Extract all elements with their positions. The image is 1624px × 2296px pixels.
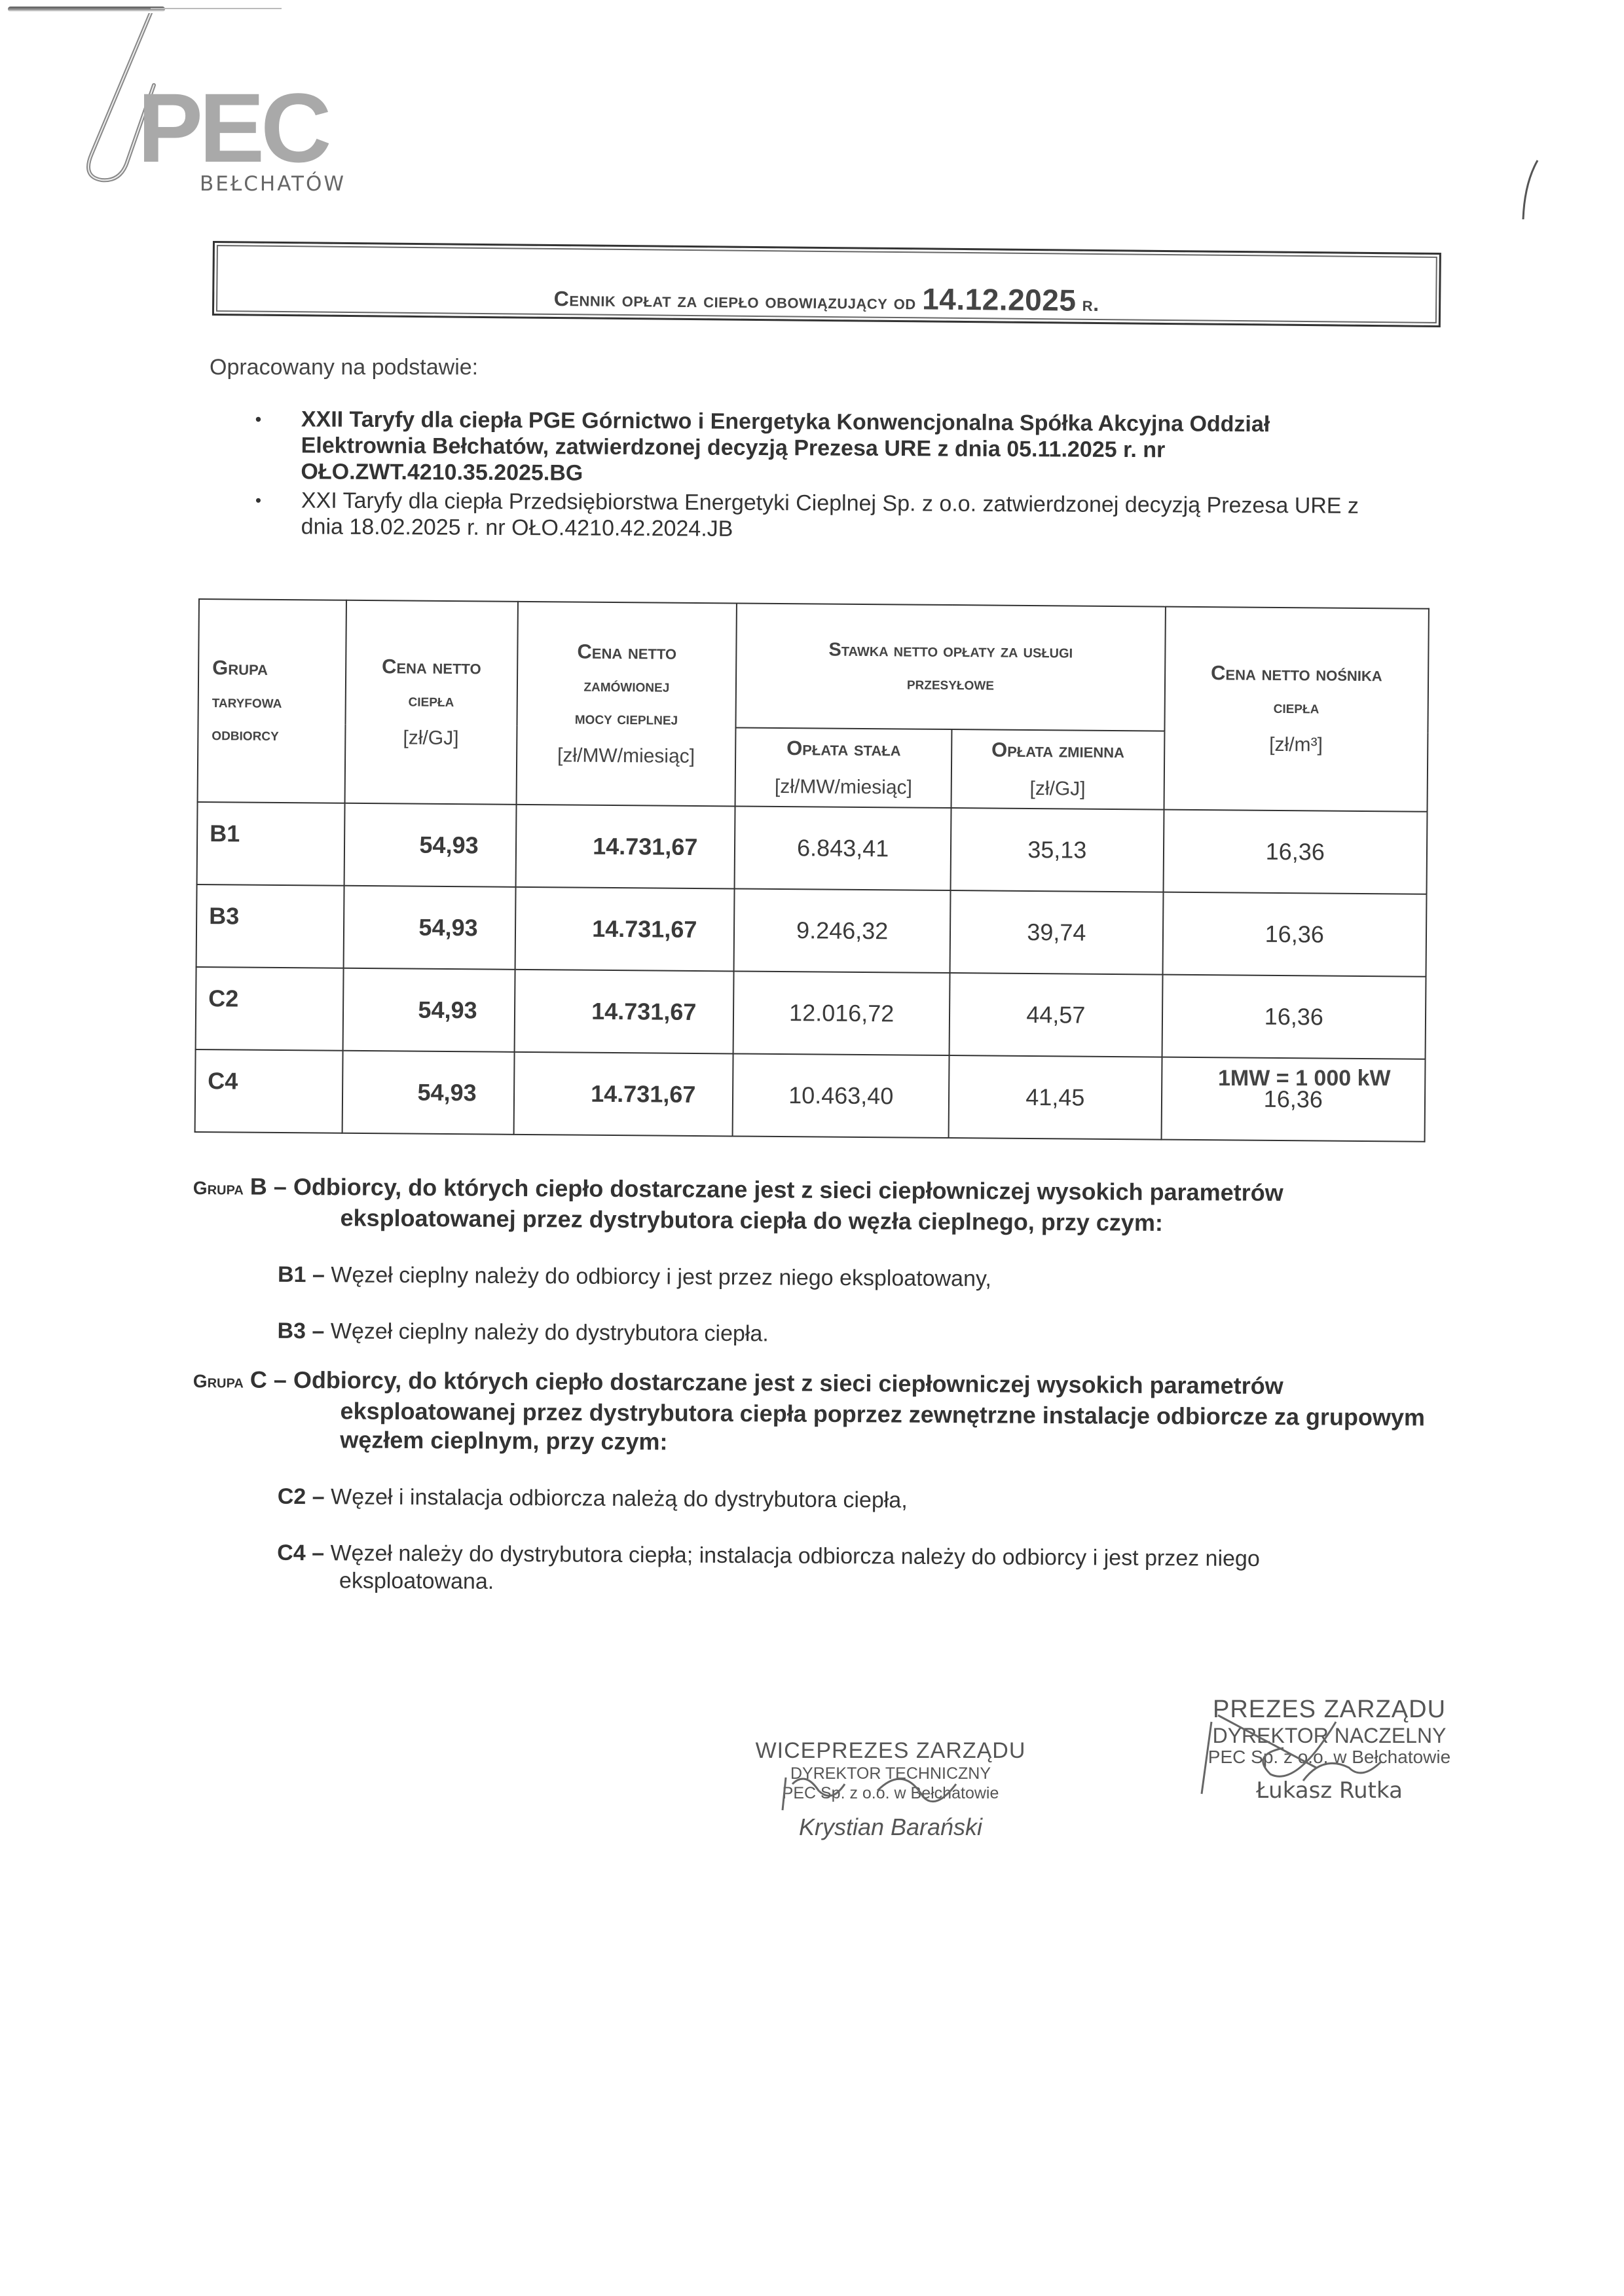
subgroup-b1: B1 – Węzeł cieplny należy do odbiorcy i …: [193, 1260, 1437, 1296]
cell-carrier-price: 16,36: [1163, 810, 1427, 894]
stamp-line: PEC Sp. z o.o. w Bełchatowie: [747, 1783, 1035, 1803]
header-group: Grupa taryfowa odbiorcy: [198, 599, 346, 803]
scan-edge-mark: [8, 7, 165, 12]
basis-item: XXII Taryfy dla ciepła PGE Górnictwo i E…: [255, 406, 1395, 490]
cell-group: B1: [197, 802, 345, 886]
header-carrier-price: Cena netto nośnika ciepła [zł/m³]: [1164, 607, 1429, 812]
basis-list: XXII Taryfy dla ciepła PGE Górnictwo i E…: [255, 406, 1395, 539]
header-heat-price: Cena netto ciepła [zł/GJ]: [344, 600, 517, 805]
pen-mark-icon: [1519, 157, 1539, 223]
cell-group: C2: [196, 967, 344, 1051]
cell-fixed-fee: 6.843,41: [735, 806, 951, 890]
signatory-name: Łukasz Rutka: [1192, 1777, 1467, 1804]
stamp-line: DYREKTOR TECHNICZNY: [747, 1764, 1035, 1783]
basis-item: XXI Taryfy dla ciepła Przedsiębiorstwa E…: [255, 487, 1395, 545]
tariff-table: Grupa taryfowa odbiorcy Cena netto ciepł…: [194, 598, 1430, 1142]
logo-brand-text: PEC: [138, 73, 327, 183]
header-fixed-fee: Opłata stała [zł/MW/miesiąc]: [735, 727, 952, 808]
unit-note: 1MW = 1 000 kW: [1218, 1066, 1391, 1091]
header-variable-fee: Opłata zmienna [zł/GJ]: [951, 729, 1164, 810]
page-title: Cennik opłat za ciepło obowiązujący od 1…: [214, 274, 1439, 321]
cell-variable-fee: 39,74: [950, 890, 1164, 975]
company-logo: PEC BEŁCHATÓW: [65, 13, 341, 190]
cell-carrier-price: 16,36: [1162, 892, 1426, 977]
cell-heat-price: 54,93: [344, 803, 516, 887]
title-prefix: Cennik opłat za ciepło obowiązujący od: [554, 287, 923, 314]
cell-group: C4: [195, 1049, 343, 1133]
cell-heat-price: 54,93: [343, 886, 515, 970]
cell-capacity-price: 14.731,67: [515, 887, 735, 972]
cell-fixed-fee: 9.246,32: [734, 888, 951, 973]
signature-role: WICEPREZES ZARZĄDU: [747, 1738, 1035, 1764]
header-capacity-price: Cena netto zamówionej mocy cieplnej [zł/…: [516, 602, 737, 807]
cell-capacity-price: 14.731,67: [513, 1052, 733, 1137]
group-heading: Grupa B – Odbiorcy, do których ciepło do…: [193, 1172, 1437, 1239]
scan-edge-line: [151, 8, 282, 9]
logo-wordmark: PEC: [138, 79, 327, 177]
basis-label: Opracowany na podstawie:: [210, 355, 478, 380]
subgroup-c2: C2 – Węzeł i instalacja odbiorcza należą…: [193, 1482, 1437, 1518]
group-b-description: Grupa B – Odbiorcy, do których ciepło do…: [192, 1172, 1437, 1352]
cell-carrier-price: 16,36: [1162, 975, 1426, 1059]
title-suffix: r.: [1076, 292, 1099, 316]
cell-capacity-price: 14.731,67: [515, 805, 735, 889]
stamp-line: PEC Sp. z o.o. w Bełchatowie: [1192, 1747, 1467, 1767]
logo-city: BEŁCHATÓW: [200, 172, 346, 196]
cell-variable-fee: 41,45: [949, 1055, 1162, 1140]
subgroup-b3: B3 – Węzeł cieplny należy do dystrybutor…: [192, 1317, 1436, 1352]
signature-vice-president: WICEPREZES ZARZĄDU DYREKTOR TECHNICZNY P…: [747, 1738, 1035, 1841]
cell-fixed-fee: 12.016,72: [733, 971, 950, 1055]
table-row: B154,9314.731,676.843,4135,1316,36: [197, 802, 1428, 894]
cell-heat-price: 54,93: [342, 1051, 514, 1135]
cell-fixed-fee: 10.463,40: [733, 1053, 950, 1138]
title-box: Cennik opłat za ciepło obowiązujący od 1…: [212, 241, 1441, 327]
cell-capacity-price: 14.731,67: [514, 970, 734, 1054]
cell-variable-fee: 44,57: [950, 973, 1163, 1057]
group-c-description: Grupa C – Odbiorcy, do których ciepło do…: [192, 1365, 1437, 1601]
group-heading: Grupa C – Odbiorcy, do których ciepło do…: [193, 1365, 1437, 1461]
cell-group: B3: [196, 884, 344, 968]
signature-role: PREZES ZARZĄDU: [1192, 1696, 1467, 1724]
table-row: C254,9314.731,6712.016,7244,5716,36: [196, 967, 1426, 1059]
signature-president: PREZES ZARZĄDU DYREKTOR NACZELNY PEC Sp.…: [1192, 1696, 1467, 1804]
stamp-line: DYREKTOR NACZELNY: [1192, 1724, 1467, 1747]
signatory-name: Krystian Barański: [747, 1813, 1035, 1841]
cell-heat-price: 54,93: [342, 968, 515, 1052]
table-row: B354,9314.731,679.246,3239,7416,36: [196, 884, 1427, 977]
subgroup-c4: C4 – Węzeł należy do dystrybutora ciepła…: [192, 1539, 1436, 1601]
header-transmission: Stawka netto opłaty za usługi przesyłowe: [736, 603, 1166, 731]
cell-variable-fee: 35,13: [951, 808, 1164, 892]
effective-date: 14.12.2025: [922, 282, 1077, 317]
table-row: C454,9314.731,6710.463,4041,4516,36: [195, 1049, 1426, 1142]
